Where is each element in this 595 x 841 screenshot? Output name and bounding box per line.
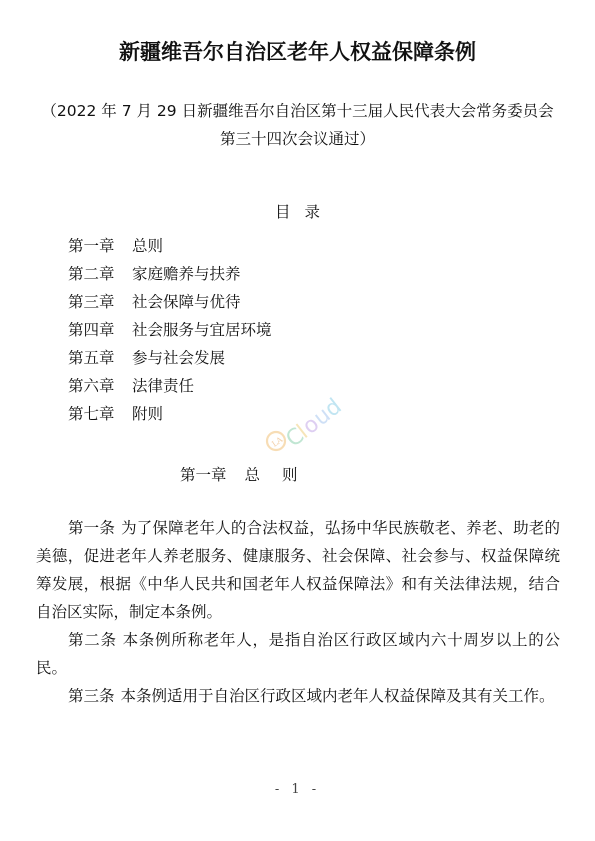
toc-item-number: 第五章 xyxy=(68,344,132,372)
document-title: 新疆维吾尔自治区老年人权益保障条例 xyxy=(0,36,595,66)
toc-item-number: 第二章 xyxy=(68,260,132,288)
chapter-heading: 第一章总则 xyxy=(180,463,298,485)
table-of-contents: 第一章总则 第二章家庭赡养与扶养 第三章社会保障与优待 第四章社会服务与宜居环境… xyxy=(68,232,272,428)
toc-item-number: 第六章 xyxy=(68,372,132,400)
svg-text:o: o xyxy=(298,412,324,440)
article: 第三条本条例适用于自治区行政区域内老年人权益保障及其有关工作。 xyxy=(36,682,560,710)
toc-item-title: 社会保障与优待 xyxy=(132,293,241,311)
article-text: 本条例适用于自治区行政区域内老年人权益保障及其有关工作。 xyxy=(121,687,555,705)
toc-item[interactable]: 第七章附则 xyxy=(68,400,272,428)
toc-item[interactable]: 第五章参与社会发展 xyxy=(68,344,272,372)
svg-text:C: C xyxy=(282,423,310,452)
toc-item-title: 法律责任 xyxy=(132,377,194,395)
svg-text:u: u xyxy=(309,403,335,431)
page-number: - 1 - xyxy=(0,782,595,797)
toc-item-number: 第三章 xyxy=(68,288,132,316)
toc-item-title: 附则 xyxy=(132,405,163,423)
toc-item-title: 参与社会发展 xyxy=(132,349,225,367)
toc-item[interactable]: 第三章社会保障与优待 xyxy=(68,288,272,316)
article: 第二条本条例所称老年人，是指自治区行政区域内六十周岁以上的公民。 xyxy=(36,626,560,682)
toc-item[interactable]: 第一章总则 xyxy=(68,232,272,260)
toc-item-number: 第七章 xyxy=(68,400,132,428)
svg-text:LA: LA xyxy=(270,435,284,449)
toc-heading: 目录 xyxy=(0,200,595,222)
chapter-title-part2: 则 xyxy=(282,466,298,484)
toc-item-number: 第一章 xyxy=(68,232,132,260)
toc-item[interactable]: 第四章社会服务与宜居环境 xyxy=(68,316,272,344)
chapter-number: 第一章 xyxy=(180,466,227,484)
toc-item[interactable]: 第六章法律责任 xyxy=(68,372,272,400)
articles: 第一条为了保障老年人的合法权益，弘扬中华民族敬老、养老、助老的美德，促进老年人养… xyxy=(36,514,560,710)
document-page: 新疆维吾尔自治区老年人权益保障条例 （2022 年 7 月 29 日新疆维吾尔自… xyxy=(0,0,595,841)
toc-item-title: 社会服务与宜居环境 xyxy=(132,321,272,339)
svg-text:l: l xyxy=(293,420,313,443)
toc-item-title: 总则 xyxy=(132,237,163,255)
article: 第一条为了保障老年人的合法权益，弘扬中华民族敬老、养老、助老的美德，促进老年人养… xyxy=(36,514,560,626)
chapter-title-part1: 总 xyxy=(245,466,261,484)
article-label: 第二条 xyxy=(68,631,117,649)
cloud-logo-icon: LA C l o u d xyxy=(262,385,352,455)
svg-text:d: d xyxy=(320,394,346,422)
toc-item-number: 第四章 xyxy=(68,316,132,344)
toc-item[interactable]: 第二章家庭赡养与扶养 xyxy=(68,260,272,288)
toc-item-title: 家庭赡养与扶养 xyxy=(132,265,241,283)
article-label: 第一条 xyxy=(68,519,115,537)
document-subtitle: （2022 年 7 月 29 日新疆维吾尔自治区第十三届人民代表大会常务委员会第… xyxy=(36,97,559,153)
article-label: 第三条 xyxy=(68,687,115,705)
